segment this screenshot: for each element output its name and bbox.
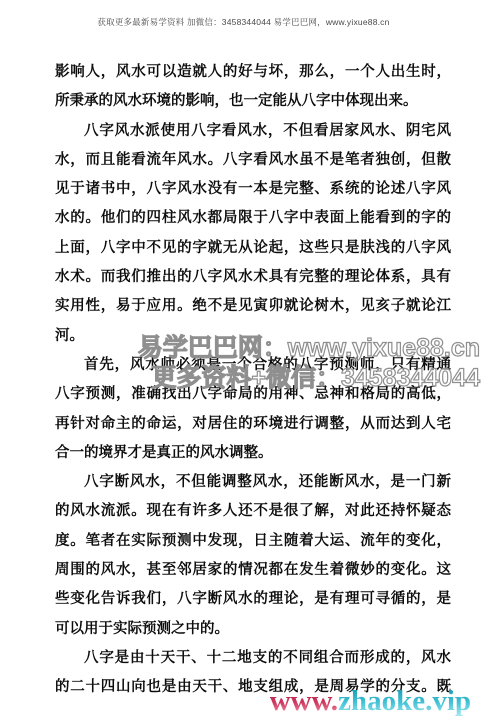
text-line: 见于诸书中，八字风水没有一本是完整、系统的论述八字风 — [55, 175, 451, 204]
text-line: 再针对命主的命运，对居住的环境进行调整，从而达到人宅 — [55, 410, 451, 439]
text-line: 八字是由十天干、十二地支的不同组合而形成的，风水 — [55, 644, 451, 673]
text-line: 水，而且能看流年风水。八字看风水虽不是笔者独创，但散 — [55, 146, 451, 175]
page-body-text: 影响人，风水可以造就人的好与坏，那么，一个人出生时，所秉承的风水环境的影响，也一… — [55, 58, 451, 703]
text-line: 水术。而我们推出的八字风水术具有完整的理论体系，具有 — [55, 263, 451, 292]
text-line: 合一的境界才是真正的风水调整。 — [55, 439, 451, 468]
text-line: 的风水流派。现在有许多人还不是很了解，对此还持怀疑态 — [55, 497, 451, 526]
text-line: 所秉承的风水环境的影响，也一定能从八字中体现出来。 — [55, 87, 451, 116]
bottom-watermark: www.zhaoke.vip — [270, 686, 471, 716]
text-line: 河。 — [55, 322, 451, 351]
document-page: 获取更多最新易学资料 加微信：3458344044 易学巴巴网，www.yixu… — [0, 0, 487, 721]
page-header-note: 获取更多最新易学资料 加微信：3458344044 易学巴巴网，www.yixu… — [0, 16, 487, 28]
text-line: 八字断风水，不但能调整风水，还能断风水，是一门新 — [55, 468, 451, 497]
text-line: 周围的风水，甚至邻居家的情况都在发生着微妙的变化。这 — [55, 556, 451, 585]
bottom-watermark-domain: zhaoke.vip — [338, 685, 471, 717]
text-line: 可以用于实际预测之中的。 — [55, 615, 451, 644]
text-line: 些变化告诉我们，八字断风水的理论，是有理可寻循的，是 — [55, 585, 451, 614]
text-line: 八字风水派使用八字看风水，不但看居家风水、阴宅风 — [55, 117, 451, 146]
text-line: 水的。他们的四柱风水都局限于八字中表面上能看到的字的 — [55, 204, 451, 233]
text-line: 八字预测，准确找出八字命局的用神、忌神和格局的高低， — [55, 380, 451, 409]
text-line: 上面，八字中不见的字就无从论起，这些只是肤浅的八字风 — [55, 234, 451, 263]
bottom-watermark-www: www. — [270, 685, 338, 717]
text-line: 影响人，风水可以造就人的好与坏，那么，一个人出生时， — [55, 58, 451, 87]
text-line: 度。笔者在实际预测中发现，日主随着大运、流年的变化， — [55, 527, 451, 556]
text-line: 实用性，易于应用。绝不是见寅卯就论树木，见亥子就论江 — [55, 292, 451, 321]
text-line: 首先，风水师必须是一个合格的八字预测师，只有精通 — [55, 351, 451, 380]
